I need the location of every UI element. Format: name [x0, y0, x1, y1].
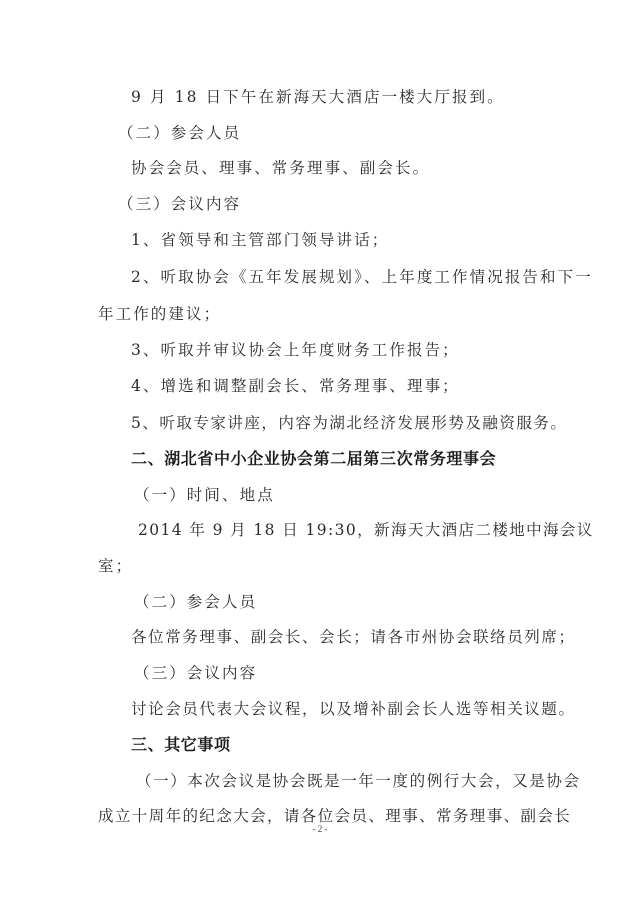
section-heading: 二、湖北省中小企业协会第二届第三次常务理事会	[131, 449, 583, 469]
subsection-title: （一）时间、地点	[134, 485, 586, 505]
paragraph-continuation: 室；	[98, 556, 550, 576]
list-item: 3、听取并审议协会上年度财务工作报告；	[131, 340, 583, 360]
paragraph-line: 讨论会员代表大会议程，以及增补副会长人选等相关议题。	[131, 699, 583, 719]
list-item: 4、增选和调整副会长、常务理事、理事；	[131, 376, 583, 396]
paragraph-line: 协会会员、理事、常务理事、副会长。	[131, 158, 583, 178]
list-item: 1、省领导和主管部门领导讲话；	[131, 230, 583, 250]
paragraph-line: 9 月 18 日下午在新海天大酒店一楼大厅报到。	[131, 87, 583, 107]
section-heading: 三、其它事项	[131, 735, 583, 755]
subsection-title: （三）会议内容	[134, 663, 586, 683]
subsection-title: （二）参会人员	[118, 123, 570, 143]
subsection-title: （二）参会人员	[134, 592, 586, 612]
list-item: 2、听取协会《五年发展规划》、上年度工作情况报告和下一	[131, 267, 583, 287]
paragraph-line: 各位常务理事、副会长、会长；请各市州协会联络员列席；	[131, 627, 583, 647]
paragraph-line: （一）本次会议是协会既是一年一度的例行大会，又是协会	[136, 771, 588, 791]
paragraph-line: 2014 年 9 月 18 日 19:30，新海天大酒店二楼地中海会议	[138, 520, 590, 540]
subsection-title: （三）会议内容	[118, 194, 570, 214]
list-item-continuation: 年工作的建议；	[98, 304, 550, 324]
paragraph-continuation: 成立十周年的纪念大会，请各位会员、理事、常务理事、副会长	[98, 806, 550, 826]
list-item: 5、听取专家讲座，内容为湖北经济发展形势及融资服务。	[131, 413, 583, 433]
page-number: - 2 -	[0, 824, 640, 834]
document-page: 9 月 18 日下午在新海天大酒店一楼大厅报到。 （二）参会人员 协会会员、理事…	[0, 0, 640, 905]
